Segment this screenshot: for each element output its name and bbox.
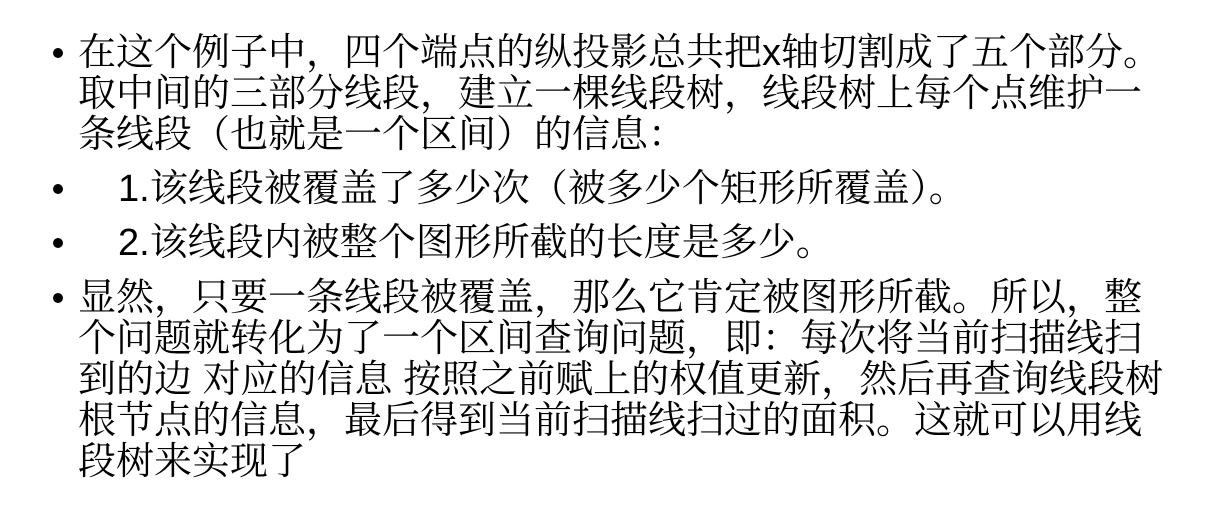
bullet-text: 2.该线段内被整个图形所截的长度是多少。 (118, 223, 834, 264)
bullet-icon (53, 293, 63, 303)
text-line: 取中间的三部分线段，建立一棵线段树，线段树上每个点维护一 (78, 74, 1161, 115)
text-line: 根节点的信息，最后得到当前扫描线扫过的面积。这就可以用线 (78, 401, 1163, 442)
text-line: 个问题就转化为了一个区间查询问题，即：每次将当前扫描线扫 (78, 319, 1163, 360)
slide-content: 在这个例子中，四个端点的纵投影总共把x轴切割成了五个部分。 取中间的三部分线段，… (0, 0, 1216, 514)
bullet-text: 在这个例子中，四个端点的纵投影总共把x轴切割成了五个部分。 取中间的三部分线段，… (78, 33, 1161, 156)
text-line: 段树来实现了 (78, 442, 1163, 483)
bullet-text: 显然，只要一条线段被覆盖，那么它肯定被图形所截。所以，整 个问题就转化为了一个区… (78, 278, 1163, 483)
bullet-icon (53, 238, 63, 248)
text-line: 条线段（也就是一个区间）的信息： (78, 115, 1161, 156)
bullet-text: 1.该线段被覆盖了多少次（被多少个矩形所覆盖）。 (118, 169, 967, 210)
text-line: 1.该线段被覆盖了多少次（被多少个矩形所覆盖）。 (118, 169, 967, 210)
bullet-icon (53, 48, 63, 58)
text-line: 在这个例子中，四个端点的纵投影总共把x轴切割成了五个部分。 (78, 33, 1161, 74)
text-line: 到的边 对应的信息 按照之前赋上的权值更新，然后再查询线段树 (78, 360, 1163, 401)
text-line: 显然，只要一条线段被覆盖，那么它肯定被图形所截。所以，整 (78, 278, 1163, 319)
bullet-icon (53, 184, 63, 194)
text-line: 2.该线段内被整个图形所截的长度是多少。 (118, 223, 834, 264)
